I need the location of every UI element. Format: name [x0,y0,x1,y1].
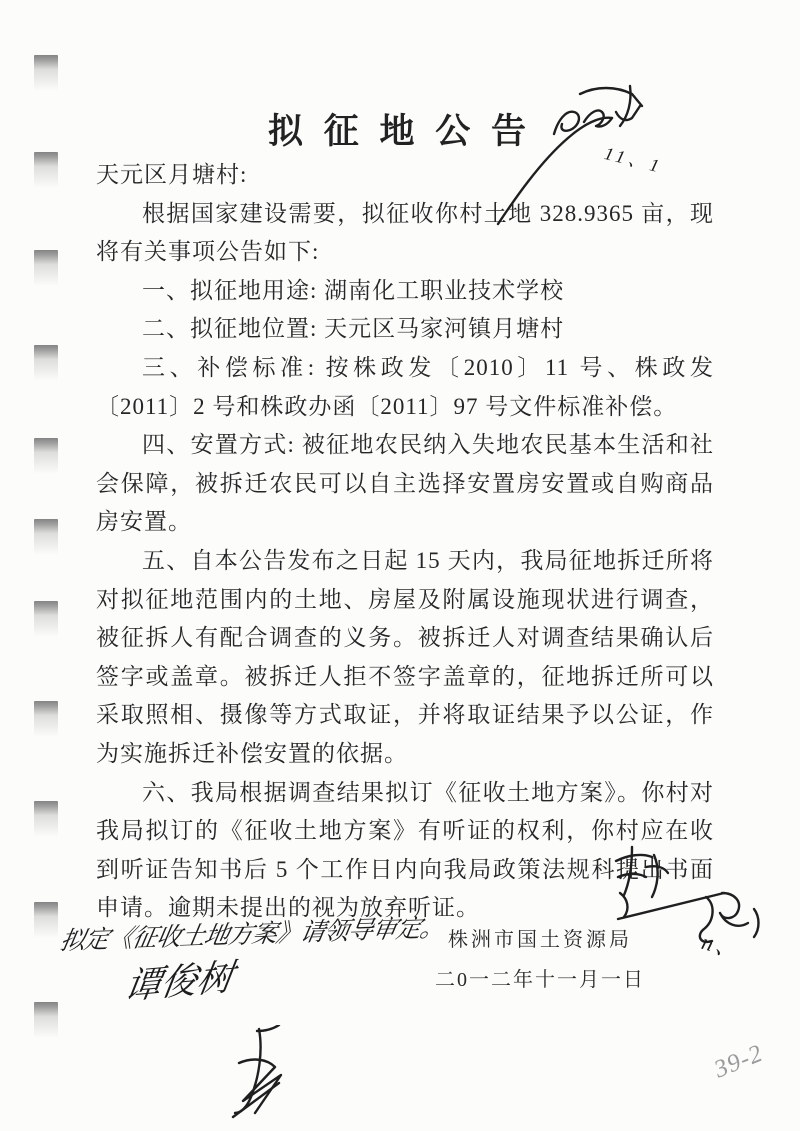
handwritten-page-number: 39-2 [711,1040,768,1085]
item-4-resettlement: 四、安置方式: 被征地农民纳入失地农民基本生活和社会保障，被拆迁农民可以自主选择… [96,426,714,542]
binder-hole-mark [34,55,58,91]
scanned-document-page: 拟 征 地 公 告 天元区月塘村: 根据国家建设需要，拟征收你村土地 328.9… [0,0,800,1131]
binder-hole-mark [34,152,58,188]
binder-hole-mark [34,801,58,837]
notice-body: 天元区月塘村: 根据国家建设需要，拟征收你村土地 328.9365 亩，现将有关… [96,156,714,928]
handwritten-bottom-signature-scribble [215,1025,305,1125]
handwritten-review-signature: 谭俊树 [122,949,238,1010]
issue-date: 二0一二年十一月一日 [390,960,690,1000]
intro-paragraph: 根据国家建设需要，拟征收你村土地 328.9365 亩，现将有关事项公告如下: [96,195,714,272]
binder-hole-mark [34,601,58,637]
binder-hole-mark [34,250,58,286]
binder-hole-mark [34,902,58,938]
binder-hole-mark [34,519,58,555]
item-2-location: 二、拟征地位置: 天元区马家河镇月塘村 [96,310,714,349]
notice-title: 拟 征 地 公 告 [0,104,800,154]
binder-hole-mark [34,345,58,381]
binder-hole-mark [34,438,58,474]
item-3-compensation: 三、补偿标准: 按株政发〔2010〕11 号、株政发〔2011〕2 号和株政办函… [96,349,714,426]
item-1-purpose: 一、拟征地用途: 湖南化工职业技术学校 [96,272,714,311]
handwritten-approval-margin-mark: n、 [698,925,744,966]
item-6-hearing: 六、我局根据调查结果拟订《征收土地方案》。你村对我局拟订的《征收土地方案》有听证… [96,774,714,928]
item-5-survey: 五、自本公告发布之日起 15 天内，我局征地拆迁所将对拟征地范围内的土地、房屋及… [96,542,714,774]
binder-hole-mark [34,1002,58,1038]
binder-hole-mark [34,701,58,737]
